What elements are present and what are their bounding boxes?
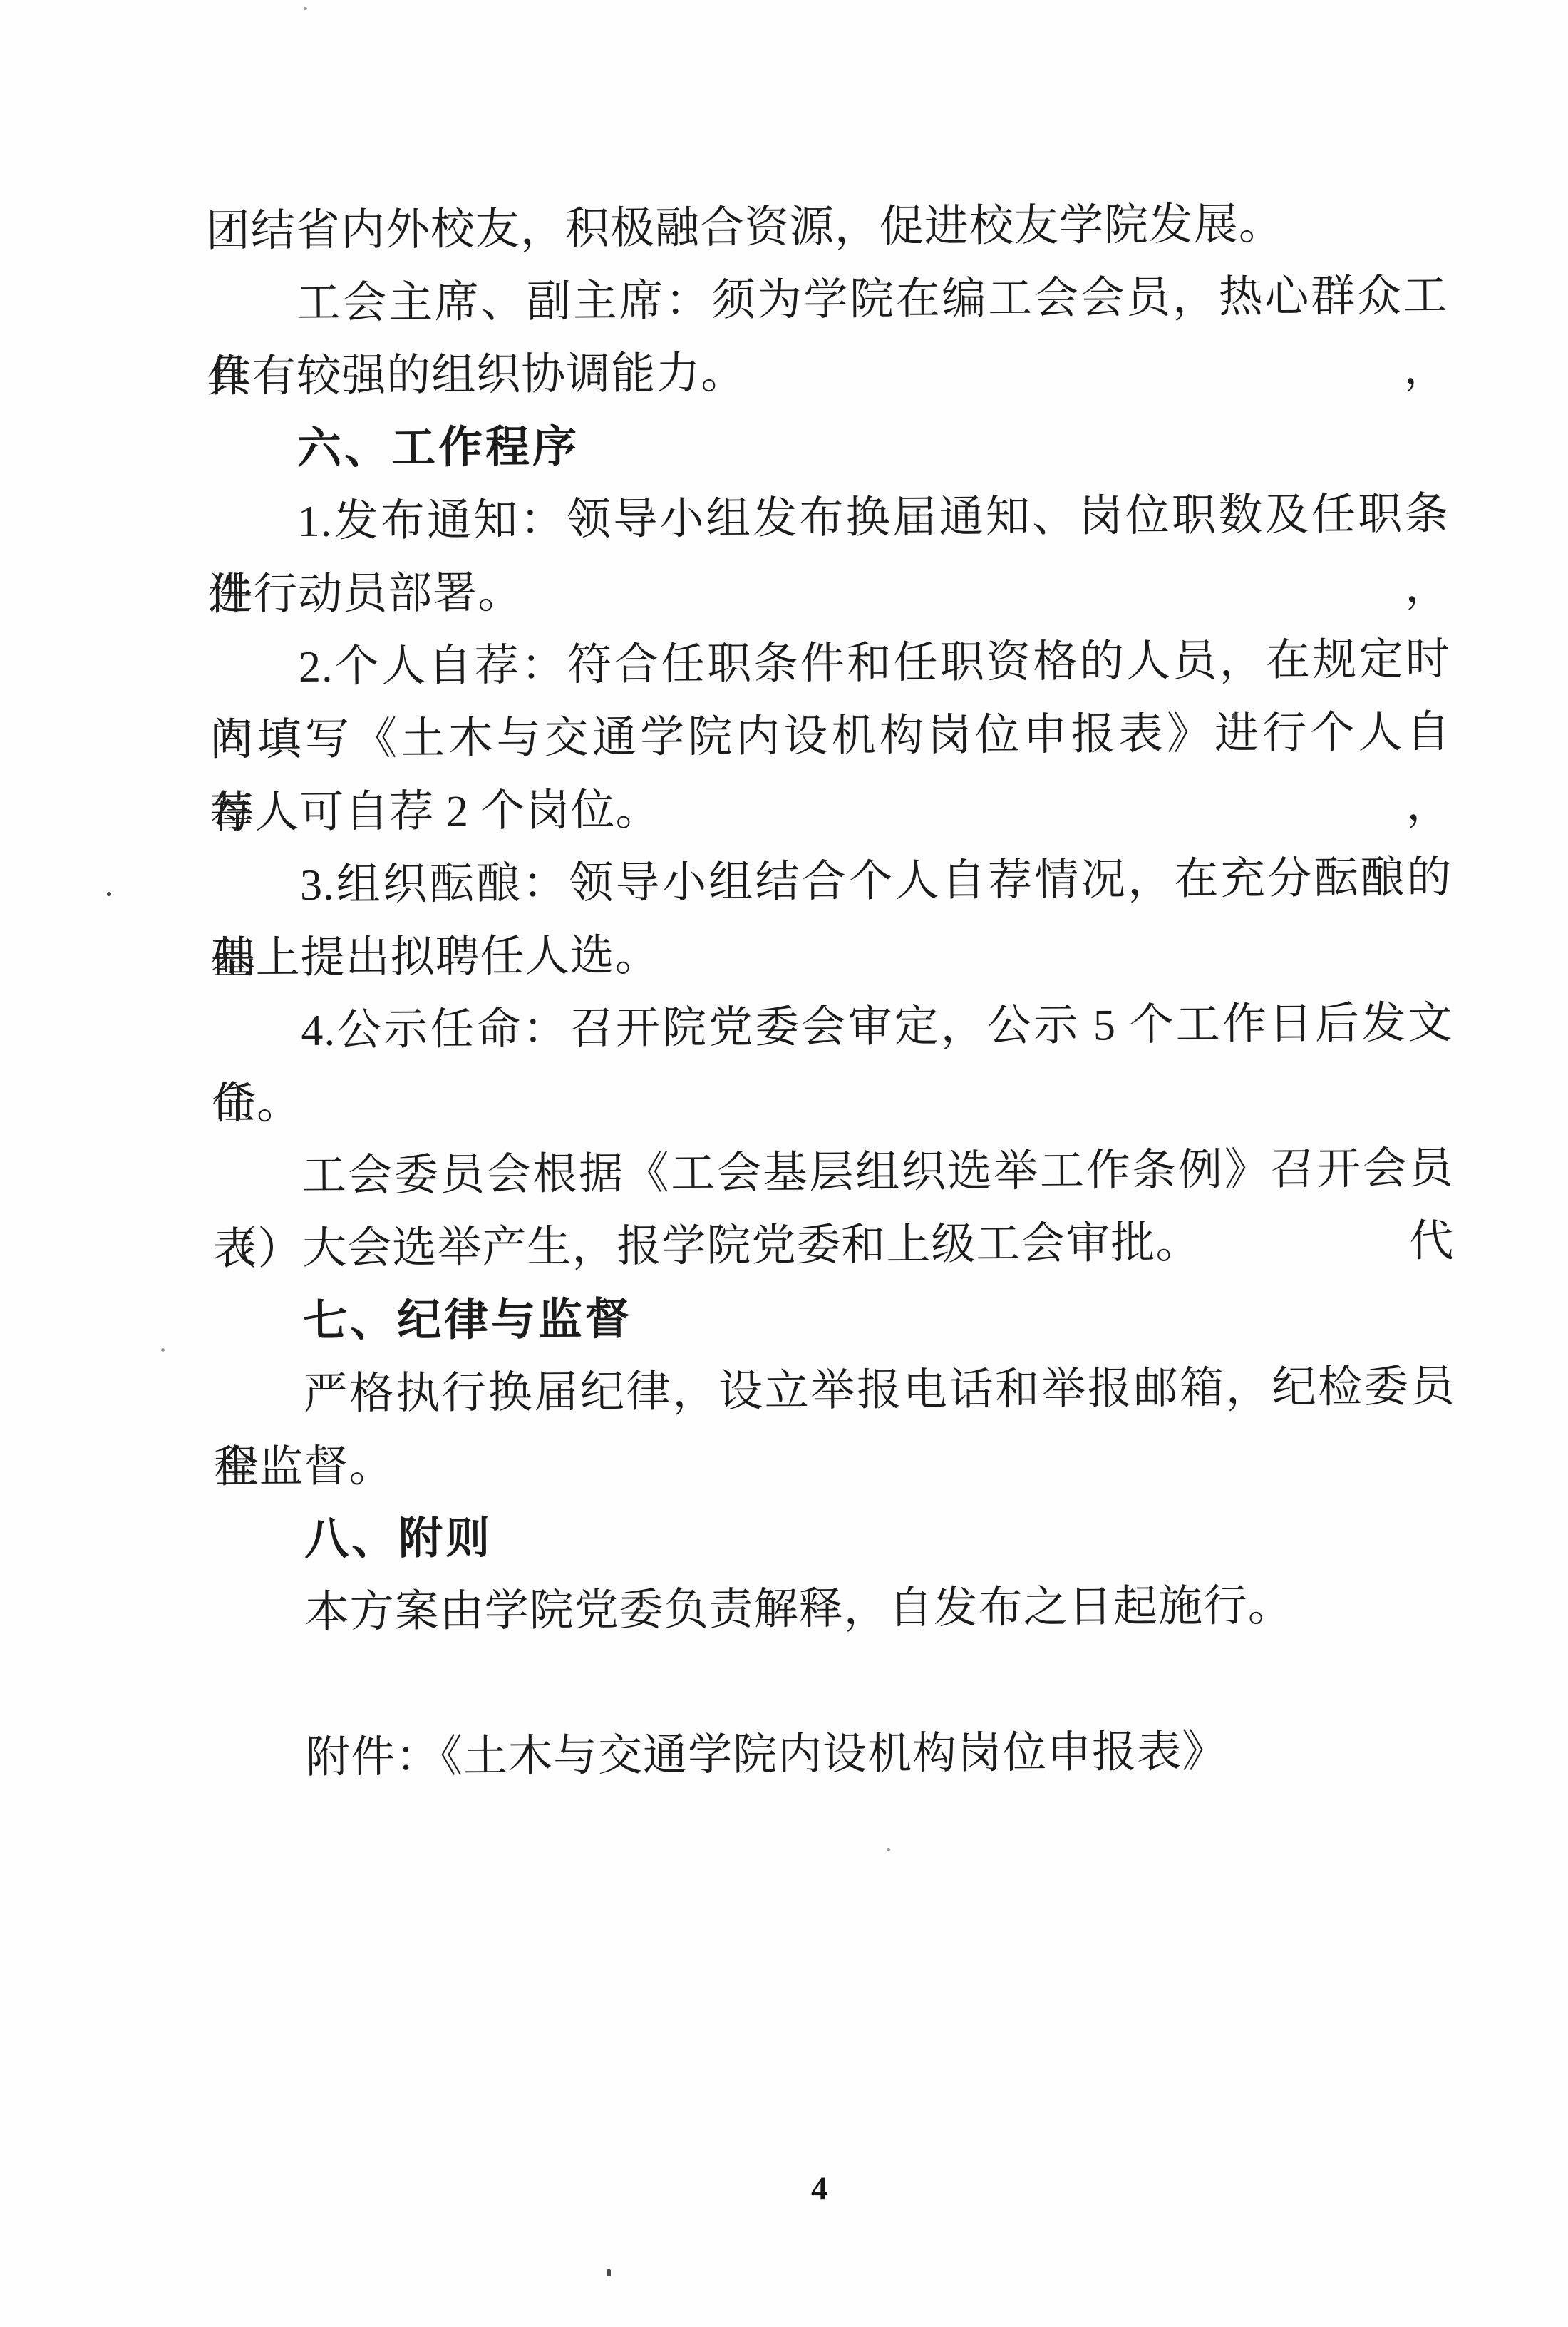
para-union-chair-line-1: 工会主席、副主席：须为学院在编工会会员，热心群众工作， — [206, 260, 1448, 341]
item-4-announce-appoint-line-1: 4.公示任命：召开院党委会审定，公示 5 个工作日后发文任 — [211, 987, 1453, 1068]
para-discipline-line-2: 程监督。 — [214, 1423, 1456, 1504]
item-3-deliberation-line-1: 3.组织酝酿：领导小组结合个人自荐情况，在充分酝酿的基 — [210, 841, 1453, 923]
para-alumni-continuation-line: 团结省内外校友，积极融合资源，促进校友学院发展。 — [206, 187, 1448, 268]
scanned-document-page: 团结省内外校友，积极融合资源，促进校友学院发展。 工会主席、副主席：须为学院在编… — [0, 0, 1568, 2327]
heading-section-6-work-procedure: 六、工作程序 — [207, 405, 1450, 486]
item-2-self-recommend-line-1: 2.个人自荐：符合任职条件和任职资格的人员，在规定时间 — [209, 623, 1451, 704]
heading-section-8-supplementary: 八、附则 — [215, 1496, 1457, 1577]
scan-speck — [304, 7, 307, 10]
heading-section-7-discipline: 七、纪律与监督 — [213, 1278, 1455, 1359]
para-union-committee-line-1: 工会委员会根据《工会基层组织选举工作条例》召开会员（代 — [212, 1132, 1454, 1213]
attachment-reference-line: 附件：《土木与交通学院内设机构岗位申报表》 — [216, 1714, 1458, 1795]
blank-line-spacer — [215, 1641, 1458, 1722]
item-3-deliberation-line-2: 础上提出拟聘任人选。 — [210, 914, 1453, 995]
scan-speck — [1232, 713, 1237, 719]
document-body: 团结省内外校友，积极融合资源，促进校友学院发展。 工会主席、副主席：须为学院在编… — [206, 187, 1458, 1795]
item-4-announce-appoint-line-2: 命。 — [212, 1059, 1454, 1141]
para-interpretation-line: 本方案由学院党委负责解释，自发布之日起施行。 — [215, 1568, 1457, 1650]
item-2-self-recommend-line-2: 内填写《土木与交通学院内设机构岗位申报表》进行个人自荐， — [209, 696, 1451, 777]
scan-speck — [607, 2269, 611, 2276]
scan-speck — [887, 1848, 890, 1851]
item-1-publish-notice-line-1: 1.发布通知：领导小组发布换届通知、岗位职数及任职条件， — [207, 478, 1450, 559]
scan-speck — [161, 1348, 165, 1352]
para-discipline-line-1: 严格执行换届纪律，设立举报电话和举报邮箱，纪检委员全 — [213, 1350, 1455, 1432]
scan-speck — [107, 892, 111, 896]
page-number: 4 — [811, 2167, 828, 2210]
